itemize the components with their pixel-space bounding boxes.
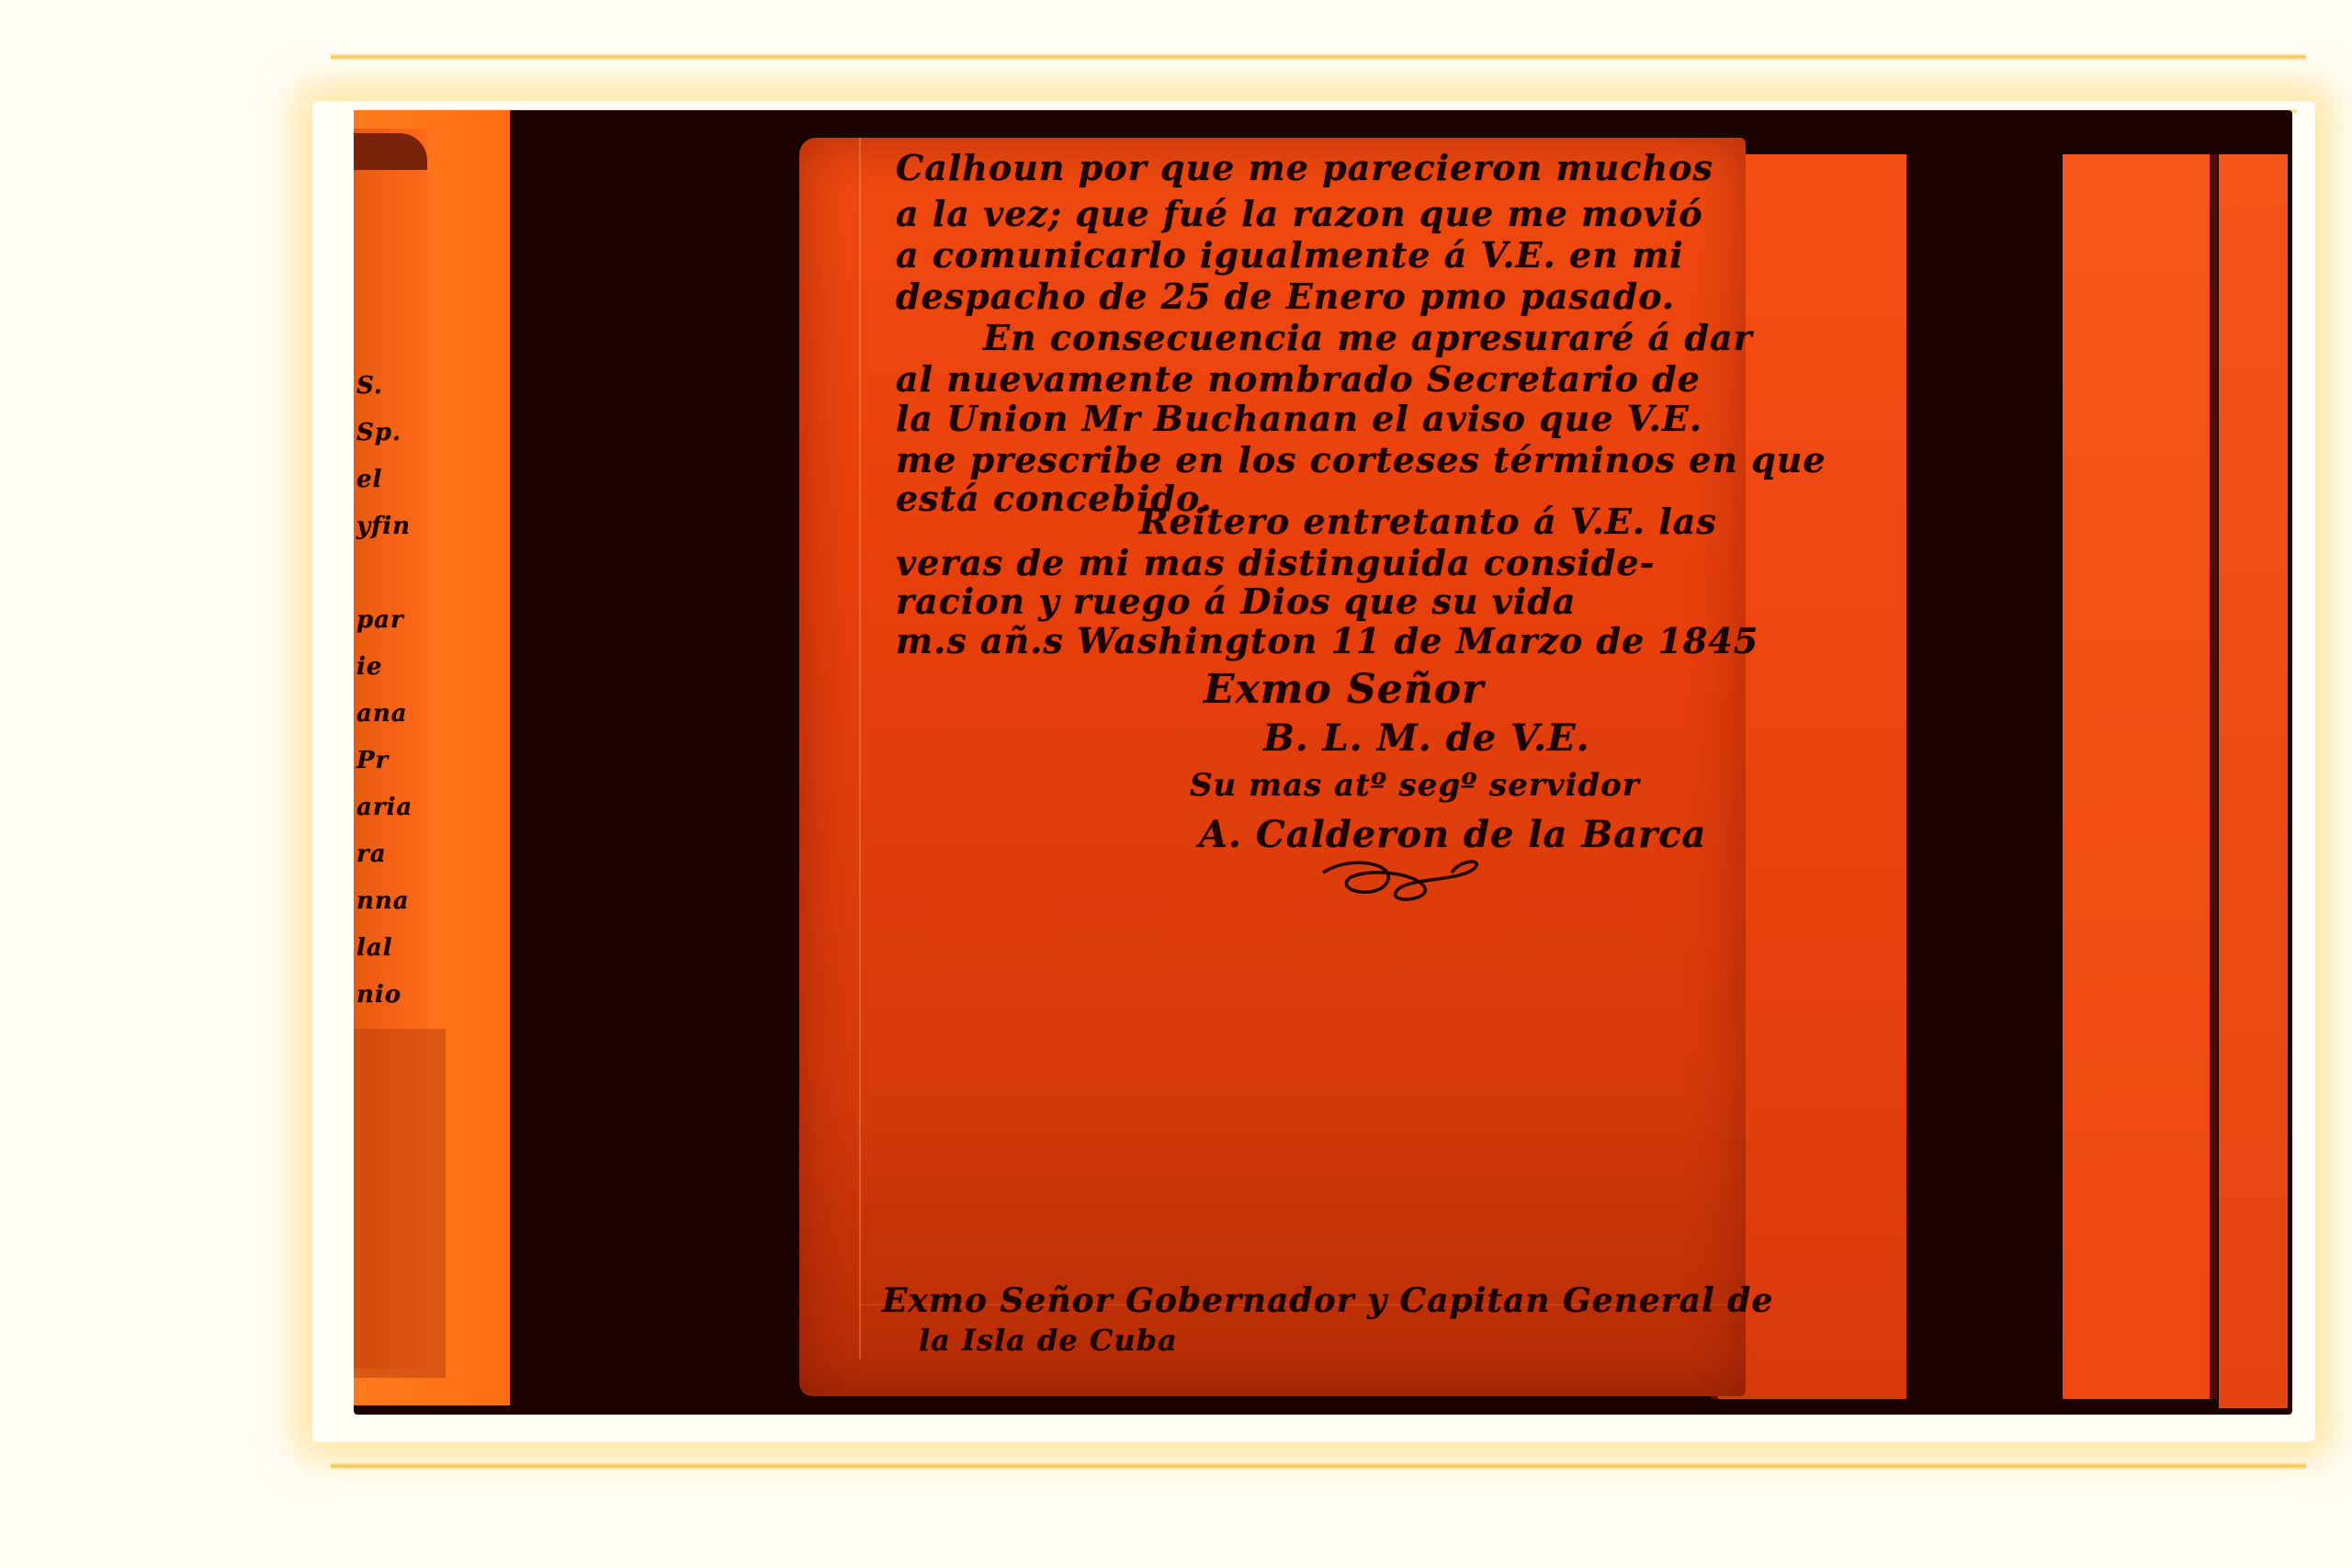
closing-salutation: Exmo Señor [1204, 666, 1484, 713]
body-line-8: me prescribe en los corteses términos en… [896, 439, 1826, 480]
right-leaf-edge-2 [2210, 154, 2217, 1399]
body-line-11: veras de mi mas distinguida conside- [896, 542, 1655, 583]
date-line: m.s añ.s Washington 11 de Marzo de 1845 [896, 620, 1758, 661]
left-page-damage [354, 1029, 446, 1378]
addressee-line-1: Exmo Señor Gobernador y Capitan General … [882, 1281, 1773, 1320]
body-line-3: a comunicarlo igualmente á V.E. en mi [896, 234, 1684, 276]
signature: A. Calderon de la Barca [1199, 813, 1706, 856]
addressee-line-2: la Isla de Cuba [919, 1323, 1178, 1358]
left-page-text: S. Sp. el yfin par ie ana Pr aria ra nna… [356, 363, 421, 1019]
body-line-12: racion y ruego á Dios que su vida [896, 581, 1576, 622]
left-page-torn-corner [354, 133, 427, 170]
right-leaf-2 [2063, 154, 2214, 1399]
body-line-2: a la vez; que fué la razon que me movió [896, 193, 1703, 234]
film-edge-top [331, 53, 2306, 61]
body-line-6: al nuevamente nombrado Secretario de [896, 358, 1701, 400]
closing-formula: B. L. M. de V.E. [1263, 716, 1590, 760]
body-line-4: despacho de 25 de Enero pmo pasado. [896, 276, 1675, 317]
right-leaf-3 [2219, 154, 2288, 1408]
body-line-1: Calhoun por que me parecieron muchos [896, 147, 1713, 188]
body-line-7: la Union Mr Buchanan el aviso que V.E. [896, 398, 1702, 439]
servant-line: Su mas atº segº servidor [1190, 767, 1640, 804]
body-line-10: Reitero entretanto á V.E. las [1139, 501, 1717, 542]
film-edge-bottom [331, 1462, 2306, 1470]
body-line-5: En consecuencia me apresuraré á dar [983, 317, 1753, 358]
signature-flourish-icon [1314, 854, 1488, 909]
page-margin-line [859, 138, 861, 1359]
